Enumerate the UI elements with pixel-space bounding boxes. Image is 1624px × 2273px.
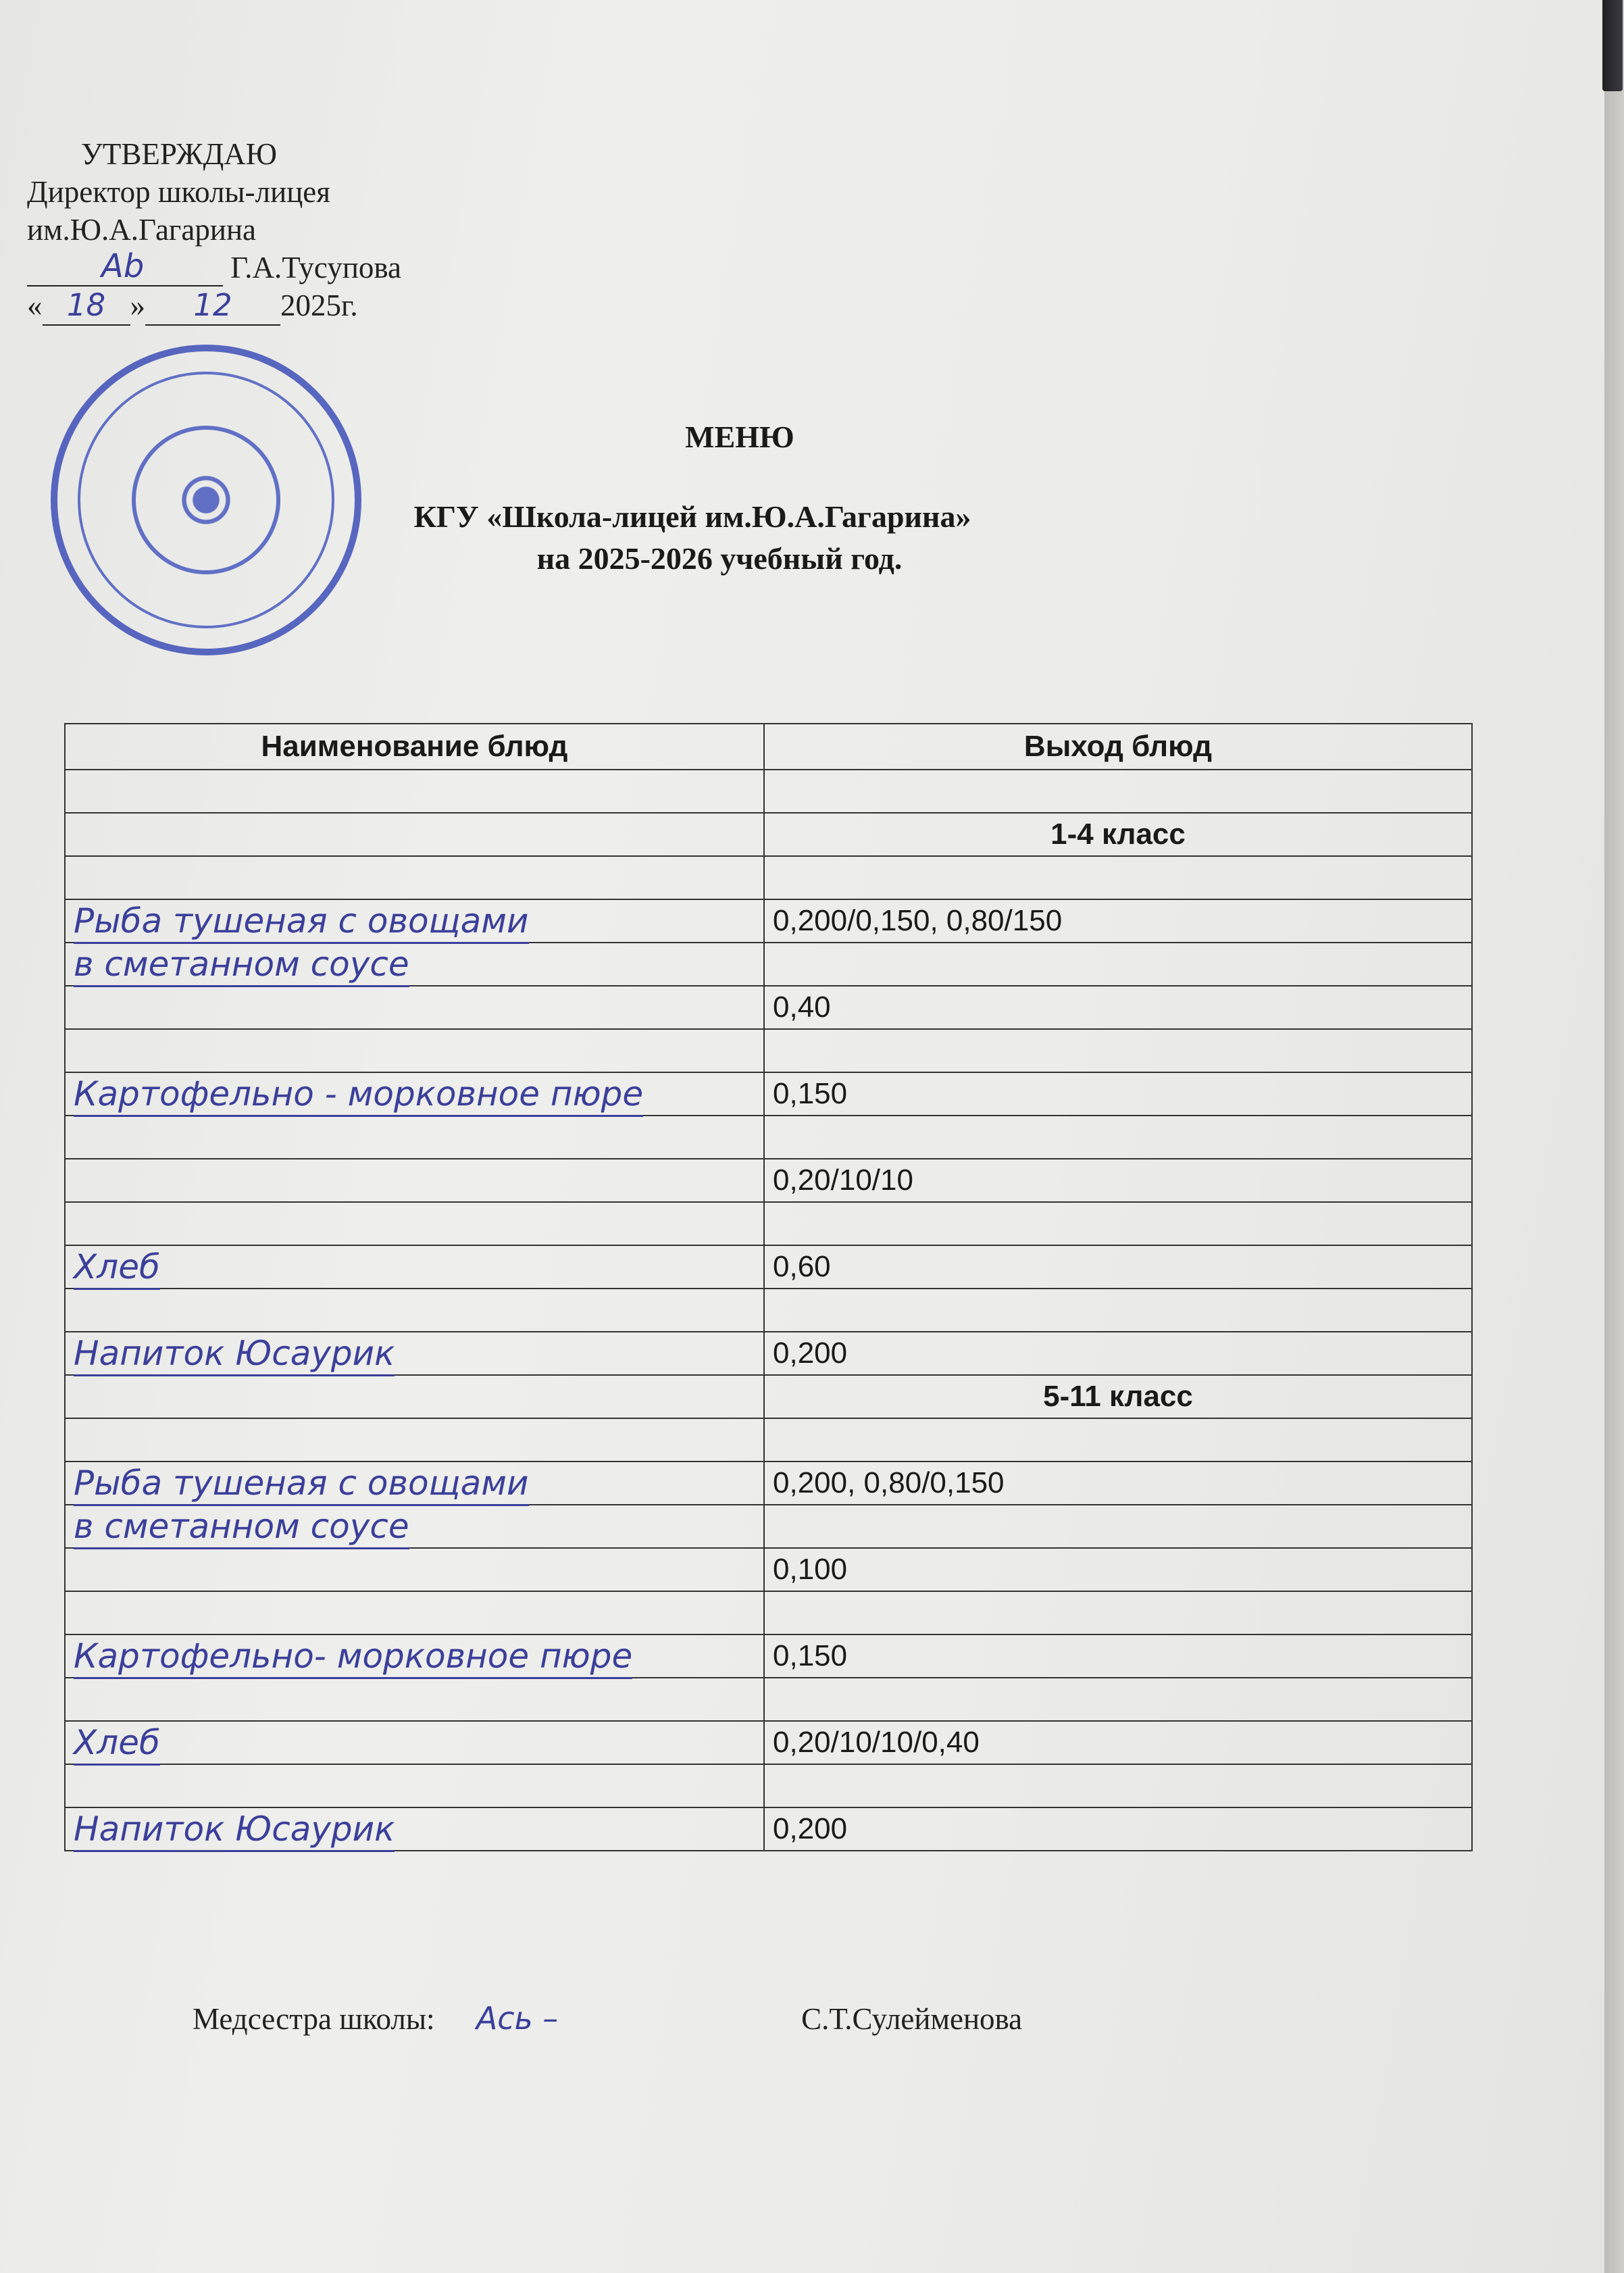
dish-output-cell [764, 1029, 1472, 1072]
academic-year: на 2025-2026 учебный год. [0, 541, 1439, 576]
binder-clip [1602, 0, 1623, 91]
table-row: Напиток Юсаурик0,200 [65, 1807, 1472, 1851]
director-name: Г.А.Тусупова [230, 251, 401, 284]
dish-name-cell [65, 1591, 764, 1634]
table-row [65, 1678, 1472, 1721]
dish-name-cell [65, 813, 764, 856]
approval-position: Директор школы-лицея [27, 173, 401, 211]
table-row: Напиток Юсаурик0,200 [65, 1332, 1472, 1375]
table-row: 0,40 [65, 986, 1472, 1029]
dish-name: Напиток Юсаурик [74, 1809, 395, 1852]
menu-table: Наименование блюд Выход блюд 1-4 классРы… [64, 723, 1473, 1851]
dish-name-cell [65, 986, 764, 1029]
class-section-row: 1-4 класс [65, 813, 1472, 856]
dish-name-cell [65, 1159, 764, 1202]
dish-output-cell [764, 1289, 1472, 1332]
table-row [65, 1418, 1472, 1462]
class-label: 5-11 класс [764, 1375, 1472, 1418]
table-row [65, 856, 1472, 899]
date-month: 12 [145, 286, 280, 326]
dish-output-cell: 0,150 [764, 1072, 1472, 1116]
dish-name-cell: Рыба тушеная с овощами [65, 899, 764, 943]
dish-name-cell: Хлеб [65, 1245, 764, 1289]
table-row [65, 1202, 1472, 1245]
nurse-name: С.Т.Сулейменова [801, 2002, 1022, 2036]
dish-output-cell [764, 1116, 1472, 1159]
table-header-row: Наименование блюд Выход блюд [65, 724, 1472, 770]
table-row [65, 770, 1472, 813]
approval-block: УТВЕРЖДАЮ Директор школы-лицея им.Ю.А.Га… [27, 135, 401, 326]
dish-output-cell [764, 770, 1472, 813]
dish-output-cell: 0,60 [764, 1245, 1472, 1289]
dish-output-cell [764, 1678, 1472, 1721]
dish-name-cell: Напиток Юсаурик [65, 1332, 764, 1375]
table-row: Картофельно- морковное пюре0,150 [65, 1634, 1472, 1678]
dish-name-cell: Картофельно - морковное пюре [65, 1072, 764, 1116]
header-dish-output: Выход блюд [764, 724, 1472, 770]
footer-signature: Медсестра школы: Ась – С.Т.Сулейменова [193, 2000, 1022, 2037]
table-row [65, 1116, 1472, 1159]
organization-name: КГУ «Школа-лицей им.Ю.А.Гагарина» [0, 499, 1385, 534]
dish-name-cell [65, 856, 764, 899]
date-quote-open: « [27, 289, 43, 322]
dish-name-cell: в сметанном соусе [65, 1505, 764, 1548]
dish-output-cell [764, 943, 1472, 986]
dish-name-cell: Картофельно- морковное пюре [65, 1634, 764, 1678]
dish-name-cell [65, 1548, 764, 1591]
dish-name-cell [65, 1116, 764, 1159]
date-quote-close: » [130, 289, 146, 322]
dish-output-cell: 0,20/10/10/0,40 [764, 1721, 1472, 1764]
table-row: в сметанном соусе [65, 943, 1472, 986]
dish-name-cell [65, 1375, 764, 1418]
dish-output-cell [764, 1418, 1472, 1462]
table-row [65, 1029, 1472, 1072]
dish-output-cell [764, 1202, 1472, 1245]
dish-name: в сметанном соусе [74, 1507, 409, 1549]
table-row: Картофельно - морковное пюре0,150 [65, 1072, 1472, 1116]
dish-name-cell [65, 1289, 764, 1332]
dish-name-cell [65, 770, 764, 813]
dish-name: Рыба тушеная с овощами [74, 1464, 529, 1506]
dish-output-cell: 0,200 [764, 1332, 1472, 1375]
table-row: Хлеб0,20/10/10/0,40 [65, 1721, 1472, 1764]
dish-output-cell: 0,200/0,150, 0,80/150 [764, 899, 1472, 943]
dish-output-cell: 0,100 [764, 1548, 1472, 1591]
paper-edge [1604, 0, 1624, 2273]
dish-name: Рыба тушеная с овощами [74, 901, 529, 944]
dish-name: Напиток Юсаурик [74, 1334, 395, 1376]
dish-output-cell: 0,20/10/10 [764, 1159, 1472, 1202]
dish-output-cell [764, 1591, 1472, 1634]
class-section-row: 5-11 класс [65, 1375, 1472, 1418]
table-row [65, 1591, 1472, 1634]
approval-school: им.Ю.А.Гагарина [27, 211, 401, 249]
director-signature-line: Ab [27, 258, 223, 286]
nurse-signature: Ась – [476, 2000, 760, 2037]
table-row: Хлеб0,60 [65, 1245, 1472, 1289]
class-label: 1-4 класс [764, 813, 1472, 856]
dish-name: Картофельно- морковное пюре [74, 1637, 632, 1679]
dish-name-cell [65, 1764, 764, 1807]
dish-name-cell [65, 1029, 764, 1072]
dish-name: Хлеб [74, 1723, 160, 1766]
dish-output-cell: 0,200 [764, 1807, 1472, 1851]
date-year: 2025г. [280, 289, 358, 322]
table-row: в сметанном соусе [65, 1505, 1472, 1548]
dish-name-cell [65, 1678, 764, 1721]
dish-name-cell: в сметанном соусе [65, 943, 764, 986]
dish-name-cell: Рыба тушеная с овощами [65, 1462, 764, 1505]
dish-name-cell [65, 1202, 764, 1245]
table-row: Рыба тушеная с овощами0,200/0,150, 0,80/… [65, 899, 1472, 943]
table-row [65, 1289, 1472, 1332]
approval-signature-line: Ab Г.А.Тусупова [27, 249, 401, 286]
dish-name-cell: Напиток Юсаурик [65, 1807, 764, 1851]
dish-name: Хлеб [74, 1247, 160, 1290]
dish-output-cell: 0,40 [764, 986, 1472, 1029]
table-row: 0,100 [65, 1548, 1472, 1591]
approval-title: УТВЕРЖДАЮ [27, 135, 401, 173]
dish-output-cell [764, 856, 1472, 899]
dish-name: в сметанном соусе [74, 945, 409, 987]
date-day: 18 [43, 286, 130, 326]
dish-output-cell [764, 1505, 1472, 1548]
table-row [65, 1764, 1472, 1807]
dish-name-cell [65, 1418, 764, 1462]
dish-name: Картофельно - морковное пюре [74, 1074, 643, 1117]
director-signature: Ab [101, 247, 144, 285]
document-title: МЕНЮ [0, 419, 1479, 455]
dish-output-cell: 0,200, 0,80/0,150 [764, 1462, 1472, 1505]
approval-date: «18»122025г. [27, 286, 401, 326]
table-row: Рыба тушеная с овощами0,200, 0,80/0,150 [65, 1462, 1472, 1505]
header-dish-name: Наименование блюд [65, 724, 764, 770]
dish-name-cell: Хлеб [65, 1721, 764, 1764]
nurse-label: Медсестра школы: [193, 2002, 435, 2036]
table-row: 0,20/10/10 [65, 1159, 1472, 1202]
dish-output-cell [764, 1764, 1472, 1807]
dish-output-cell: 0,150 [764, 1634, 1472, 1678]
